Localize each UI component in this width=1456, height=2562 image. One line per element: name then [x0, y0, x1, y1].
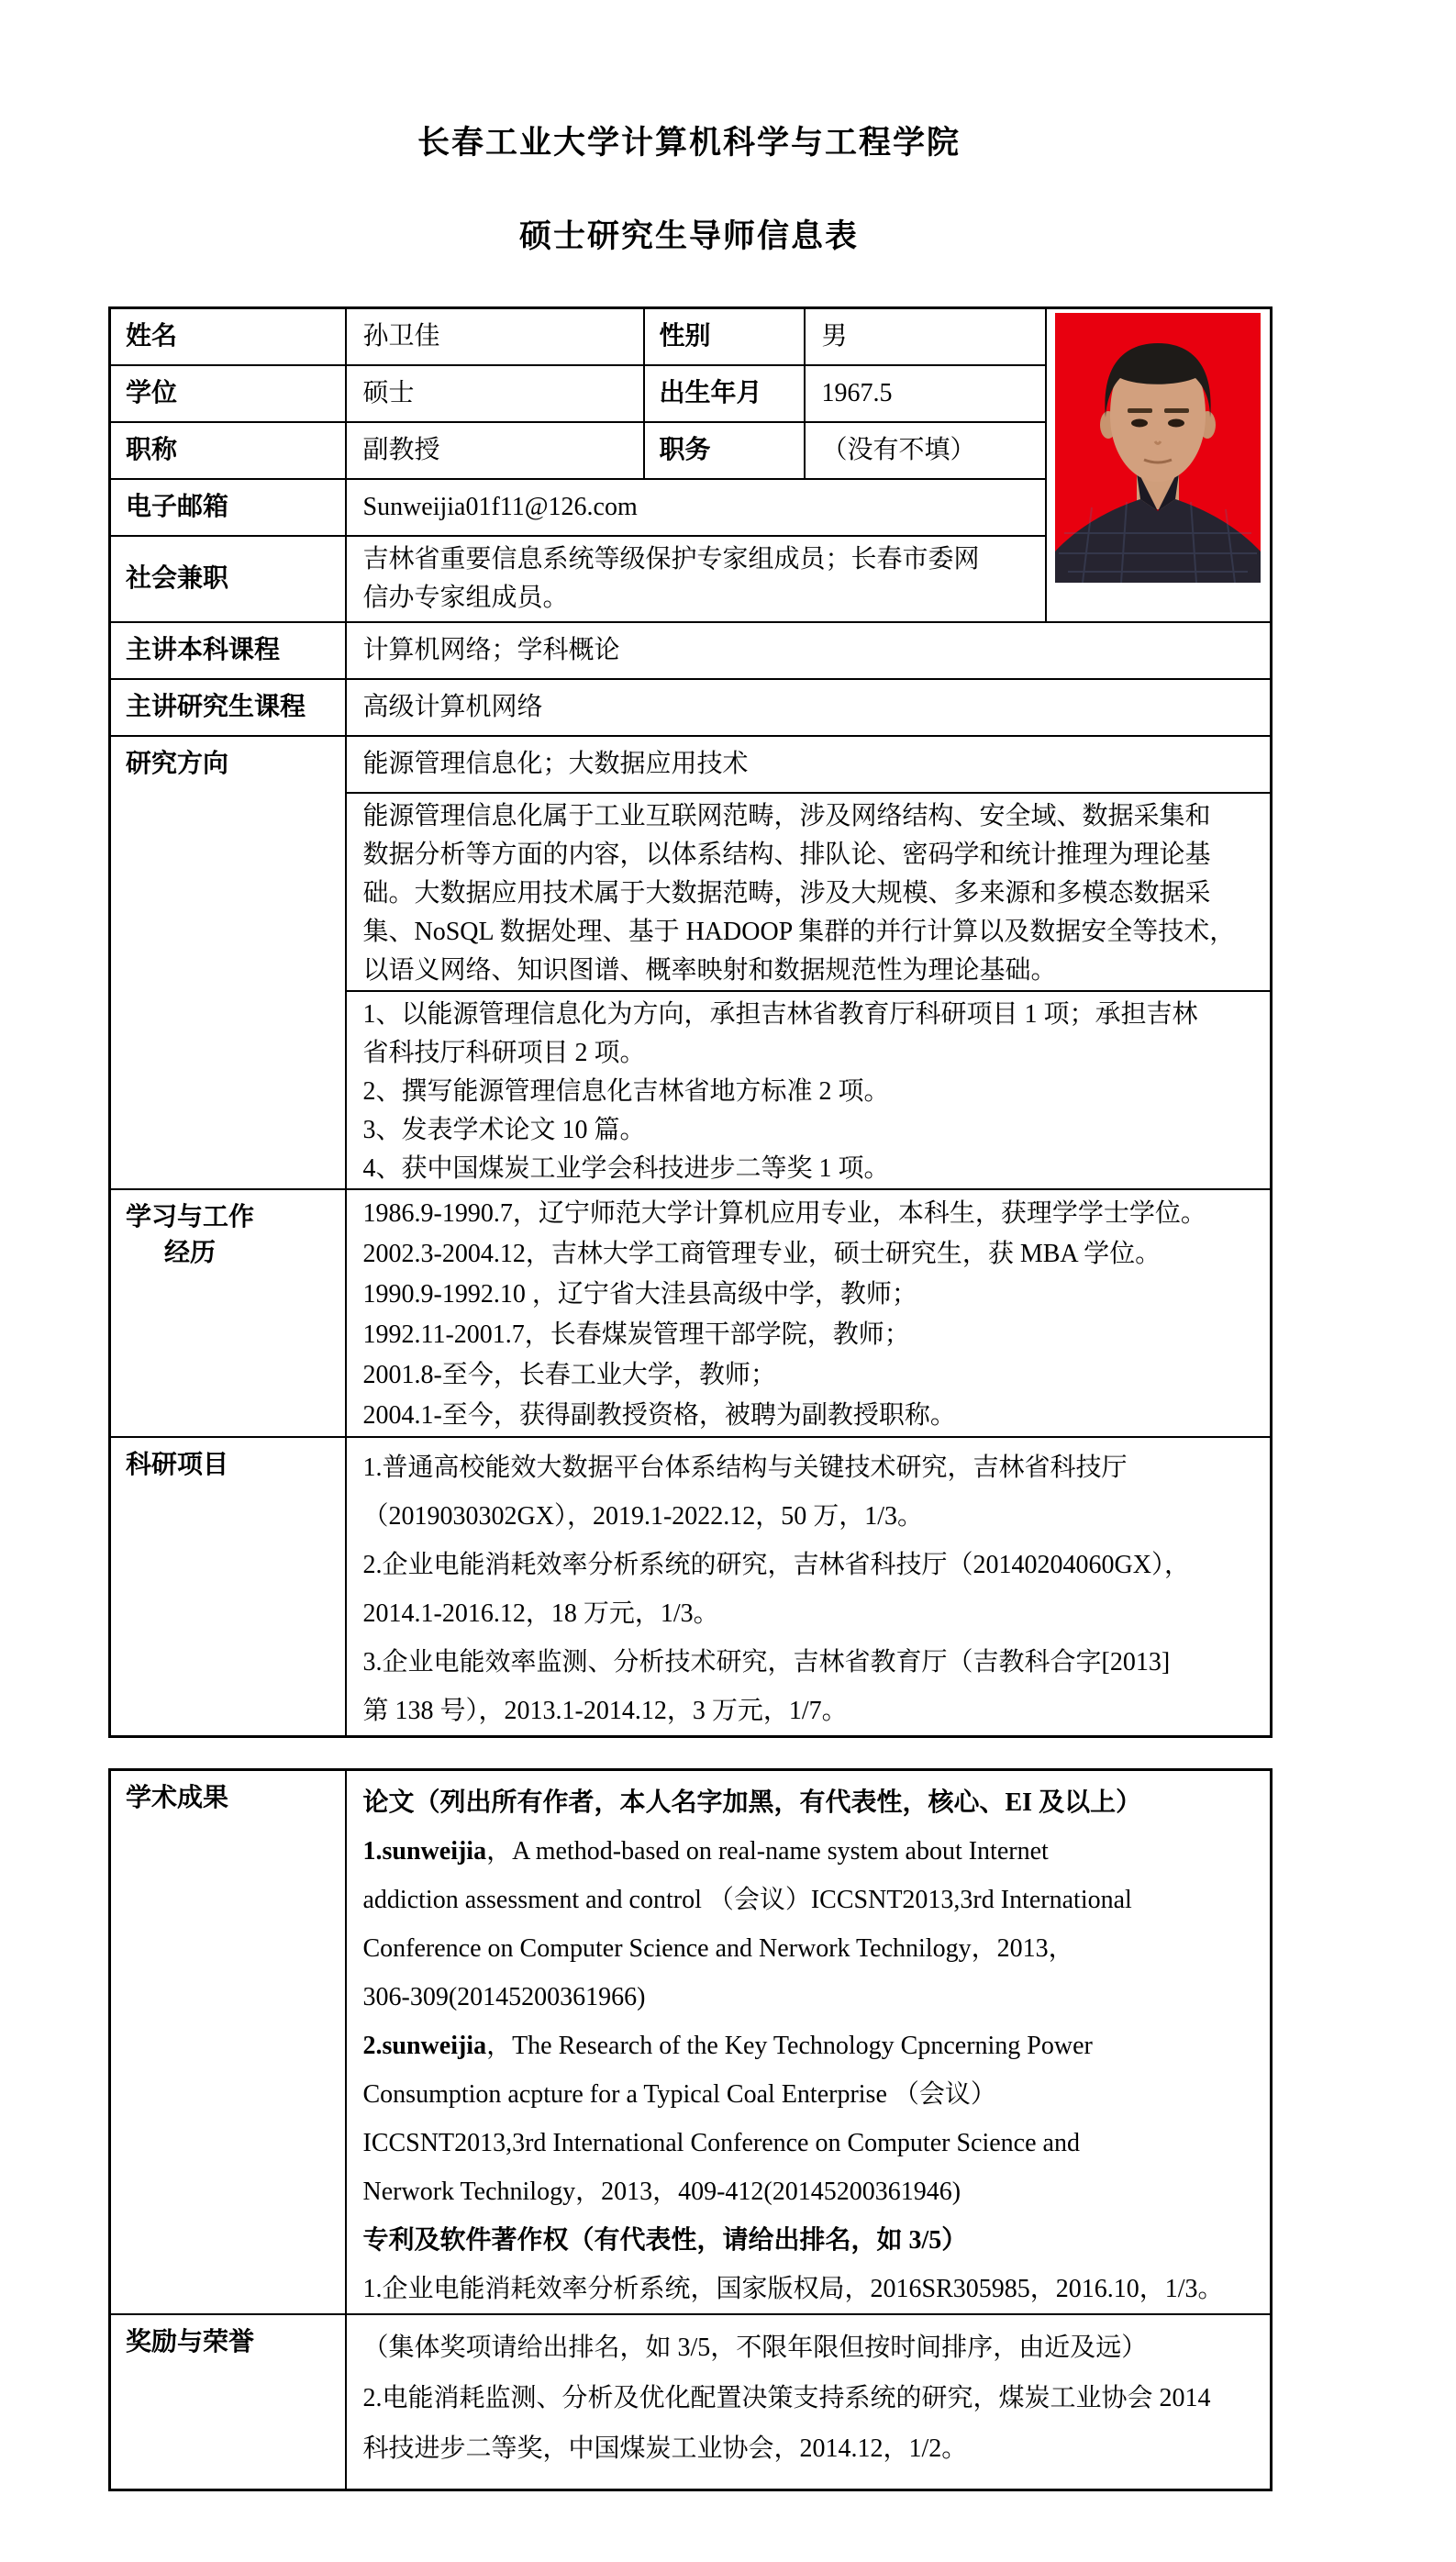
paper-2-author: 2.sunweijia	[363, 2032, 487, 2060]
gender-value: 男	[805, 308, 1046, 365]
email-value: Sunweijia01f11@126.com	[346, 479, 1046, 536]
awards-items: 2.电能消耗监测、分析及优化配置决策支持系统的研究，煤炭工业协会 2014 科技…	[363, 2373, 1258, 2474]
undergrad-courses-label: 主讲本科课程	[110, 622, 346, 679]
document-page: 长春工业大学计算机科学与工程学院 硕士研究生导师信息表 姓名 孙卫佳 性别 男	[0, 0, 1456, 2562]
page-subtitle: 硕士研究生导师信息表	[108, 211, 1270, 257]
undergrad-courses-value: 计算机网络；学科概论	[346, 622, 1272, 679]
social-value: 吉林省重要信息系统等级保护专家组成员；长春市委网 信办专家组成员。	[346, 536, 1046, 622]
experience-label-cell: 学习与工作 经历	[110, 1189, 346, 1437]
birth-value: 1967.5	[805, 365, 1046, 422]
projects-label: 科研项目	[110, 1437, 346, 1737]
document-header: 长春工业大学计算机科学与工程学院 硕士研究生导师信息表	[108, 0, 1270, 257]
patent-items: 1.企业电能消耗效率分析系统，国家版权局，2016SR305985，2016.1…	[363, 2265, 1258, 2313]
supervisor-info-table: 姓名 孙卫佳 性别 男	[108, 306, 1273, 1738]
page-title: 长春工业大学计算机科学与工程学院	[108, 0, 1270, 163]
awards-note: （集体奖项请给出排名，如 3/5，不限年限但按时间排序，由近及远）	[363, 2323, 1258, 2373]
duty-value: （没有不填）	[805, 422, 1046, 479]
research-achievements: 1、以能源管理信息化为方向，承担吉林省教育厅科研项目 1 项；承担吉林 省科技厅…	[346, 991, 1272, 1189]
paper-item-1: 1.sunweijia，A method-based on real-name …	[363, 1827, 1258, 2022]
id-photo-cell	[1046, 308, 1272, 622]
projects-items: 1.普通高校能效大数据平台体系结构与关键技术研究，吉林省科技厅 （2019030…	[346, 1437, 1272, 1737]
research-direction-label: 研究方向	[110, 736, 346, 1189]
prof-title-label: 职称	[110, 422, 346, 479]
grad-courses-label: 主讲研究生课程	[110, 679, 346, 736]
social-label: 社会兼职	[110, 536, 346, 622]
research-directions-value: 能源管理信息化；大数据应用技术	[346, 736, 1272, 793]
patents-header: 专利及软件著作权（有代表性，请给出排名，如 3/5）	[363, 2216, 1258, 2265]
degree-value: 硕士	[346, 365, 644, 422]
academic-results-table: 学术成果 论文（列出所有作者，本人名字加黑，有代表性，核心、EI 及以上） 1.…	[108, 1768, 1273, 2492]
name-value: 孙卫佳	[346, 308, 644, 365]
gender-label: 性别	[644, 308, 805, 365]
degree-label: 学位	[110, 365, 346, 422]
email-label: 电子邮箱	[110, 479, 346, 536]
paper-item-2: 2.sunweijia，The Research of the Key Tech…	[363, 2022, 1258, 2216]
awards-content: （集体奖项请给出排名，如 3/5，不限年限但按时间排序，由近及远） 2.电能消耗…	[346, 2314, 1272, 2490]
id-photo	[1055, 313, 1261, 583]
duty-label: 职务	[644, 422, 805, 479]
paper-1-author: 1.sunweijia	[363, 1837, 487, 1866]
academic-content: 论文（列出所有作者，本人名字加黑，有代表性，核心、EI 及以上） 1.sunwe…	[346, 1769, 1272, 2314]
research-description: 能源管理信息化属于工业互联网范畴，涉及网络结构、安全域、数据采集和 数据分析等方…	[346, 793, 1272, 991]
academic-label: 学术成果	[110, 1769, 346, 2314]
birth-label: 出生年月	[644, 365, 805, 422]
experience-label: 学习与工作 经历	[126, 1199, 254, 1271]
grad-courses-value: 高级计算机网络	[346, 679, 1272, 736]
awards-label: 奖励与荣誉	[110, 2314, 346, 2490]
name-label: 姓名	[110, 308, 346, 365]
experience-items: 1986.9-1990.7，辽宁师范大学计算机应用专业，本科生，获理学学士学位。…	[346, 1189, 1272, 1437]
papers-header: 论文（列出所有作者，本人名字加黑，有代表性，核心、EI 及以上）	[363, 1778, 1258, 1827]
prof-title-value: 副教授	[346, 422, 644, 479]
